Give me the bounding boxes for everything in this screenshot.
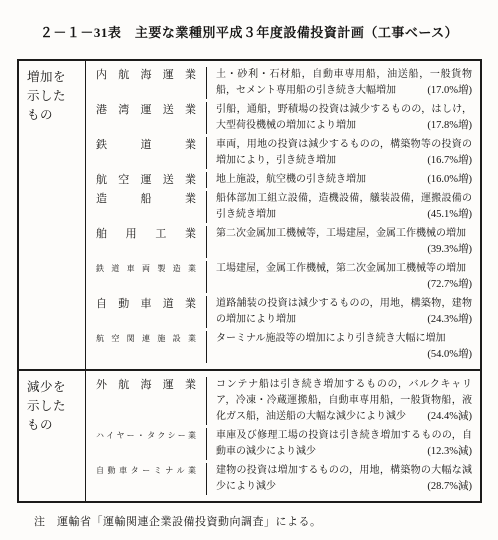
industry-label: 鉄道業 — [86, 137, 207, 169]
change-percentage: (24.3%増) — [427, 312, 472, 328]
table-row: 鉄道業 車両，用地の投資は減少するものの，構築物等の投資の増加により，引き続き増… — [86, 137, 480, 169]
document-page: ２－１－31表 主要な業種別平成３年度設備投資計画（工事ベース） 増加を示したも… — [0, 0, 498, 540]
row-description: ターミナル施設等の増加により引き続き大幅に増加 (54.0%増) — [207, 331, 480, 363]
industry-label: 造船業 — [86, 191, 207, 223]
row-description: 第二次金属加工機械等，工場建屋，金属工作機械の増加 (39.3%増) — [207, 226, 480, 258]
row-description: コンテナ船は引き続き増加するものの，バルクキャリア，冷凍・冷蔵運搬船，自動車専用… — [207, 377, 480, 425]
table-row: 自動車道業 道路舗装の投資は減少するものの，用地，構築物，建物の増加により増加 … — [86, 296, 480, 328]
industry-label: ハイヤー・タクシー業 — [86, 428, 207, 460]
industry-label: 航空関連施設業 — [86, 331, 207, 363]
row-description: 車庫及び修理工場の投資は引き続き増加するものの，自動車の減少により減少 (12.… — [207, 428, 480, 460]
row-description: 船体部加工組立設備，造機設備，艤装設備，運搬設備の引き続き増加 (45.1%増) — [207, 191, 480, 223]
description-text: 第二次金属加工機械等，工場建屋，金属工作機械の増加 — [216, 228, 466, 239]
industry-label: 内航海運業 — [86, 67, 207, 99]
industry-label: 自動車ターミナル業 — [86, 463, 207, 495]
table-row: 造船業 船体部加工組立設備，造機設備，艤装設備，運搬設備の引き続き増加 (45.… — [86, 191, 480, 223]
row-description: 地上施設，航空機の引き続き増加 (16.0%増) — [207, 172, 480, 188]
table-row: 港湾運送業 引船，通船，野積場の投資は減少するものの，はしけ，大型荷役機械の増加… — [86, 102, 480, 134]
section-increase: 増加を示したもの 内航海運業 土・砂利・石材船，自動車専用船，油送船，一般貨物船… — [19, 61, 480, 369]
table-row: 鉄道車両製造業 工場建屋，金属工作機械，第二次金属加工機械等の増加 (72.7%… — [86, 261, 480, 293]
change-percentage: (54.0%増) — [427, 347, 472, 363]
change-percentage: (12.3%減) — [427, 444, 472, 460]
footnote: 注 運輸省「運輸関連企業設備投資動向調査」による。 — [34, 513, 498, 529]
row-description: 車両，用地の投資は減少するものの，構築物等の投資の増加により，引き続き増加 (1… — [207, 137, 480, 169]
change-percentage: (24.4%減) — [427, 409, 472, 425]
industry-label: 自動車道業 — [86, 296, 207, 328]
row-description: 建物の投資は増加するものの，用地，構築物の大幅な減少により減少 (28.7%減) — [207, 463, 480, 495]
description-text: ターミナル施設等の増加により引き続き大幅に増加 — [216, 333, 446, 344]
industry-label: 外航海運業 — [86, 377, 207, 425]
change-percentage: (28.7%減) — [427, 479, 472, 495]
section-decrease: 減少を示したもの 外航海運業 コンテナ船は引き続き増加するものの，バルクキャリア… — [19, 369, 480, 501]
table-row: 内航海運業 土・砂利・石材船，自動車専用船，油送船，一般貨物船，セメント専用船の… — [86, 67, 480, 99]
table-row: 外航海運業 コンテナ船は引き続き増加するものの，バルクキャリア，冷凍・冷蔵運搬船… — [86, 377, 480, 425]
description-text: 工場建屋，金属工作機械，第二次金属加工機械等の増加 — [216, 263, 466, 274]
table-row: 航空関連施設業 ターミナル施設等の増加により引き続き大幅に増加 (54.0%増) — [86, 331, 480, 363]
category-cell: 増加を示したもの — [19, 61, 86, 369]
row-description: 道路舗装の投資は減少するものの，用地，構築物，建物の増加により増加 (24.3%… — [207, 296, 480, 328]
change-percentage: (72.7%増) — [427, 277, 472, 293]
row-description: 引船，通船，野積場の投資は減少するものの，はしけ，大型荷役機械の増加により増加 … — [207, 102, 480, 134]
section-rows: 外航海運業 コンテナ船は引き続き増加するものの，バルクキャリア，冷凍・冷蔵運搬船… — [86, 371, 480, 501]
change-percentage: (16.7%増) — [427, 153, 472, 169]
change-percentage: (39.3%増) — [427, 242, 472, 258]
change-percentage: (17.0%増) — [427, 83, 472, 99]
category-cell: 減少を示したもの — [19, 371, 86, 501]
row-description: 工場建屋，金属工作機械，第二次金属加工機械等の増加 (72.7%増) — [207, 261, 480, 293]
section-rows: 内航海運業 土・砂利・石材船，自動車専用船，油送船，一般貨物船，セメント専用船の… — [86, 61, 480, 369]
industry-label: 鉄道車両製造業 — [86, 261, 207, 293]
change-percentage: (45.1%増) — [427, 207, 472, 223]
investment-plan-table: 増加を示したもの 内航海運業 土・砂利・石材船，自動車専用船，油送船，一般貨物船… — [17, 59, 482, 503]
change-percentage: (17.8%増) — [427, 118, 472, 134]
industry-label: 舶用工業 — [86, 226, 207, 258]
industry-label: 港湾運送業 — [86, 102, 207, 134]
table-row: 航空運送業 地上施設，航空機の引き続き増加 (16.0%増) — [86, 172, 480, 188]
table-row: 自動車ターミナル業 建物の投資は増加するものの，用地，構築物の大幅な減少により減… — [86, 463, 480, 495]
table-row: 舶用工業 第二次金属加工機械等，工場建屋，金属工作機械の増加 (39.3%増) — [86, 226, 480, 258]
table-row: ハイヤー・タクシー業 車庫及び修理工場の投資は引き続き増加するものの，自動車の減… — [86, 428, 480, 460]
page-title: ２－１－31表 主要な業種別平成３年度設備投資計画（工事ベース） — [0, 0, 498, 41]
change-percentage: (16.0%増) — [427, 172, 472, 188]
description-text: 地上施設，航空機の引き続き増加 — [216, 174, 366, 185]
industry-label: 航空運送業 — [86, 172, 207, 188]
row-description: 土・砂利・石材船，自動車専用船，油送船，一般貨物船，セメント専用船の引き続き大幅… — [207, 67, 480, 99]
